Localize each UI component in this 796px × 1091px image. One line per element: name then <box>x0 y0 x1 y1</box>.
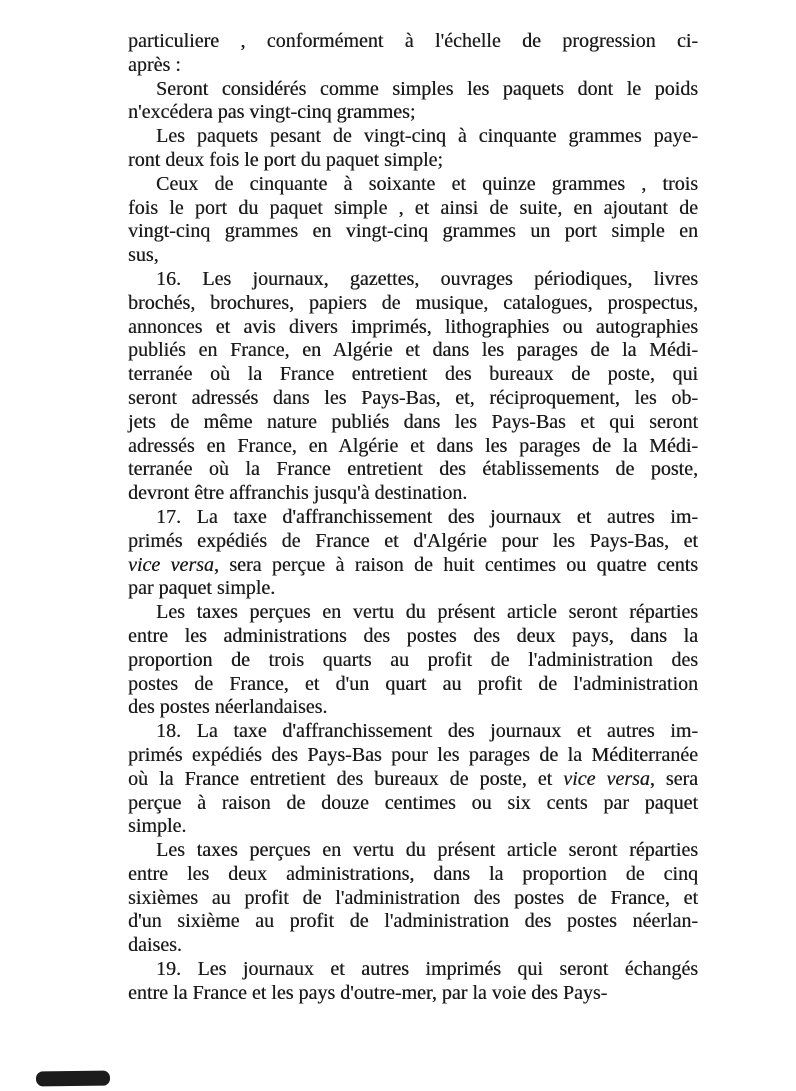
text-line: d'un sixième au profit de l'administrati… <box>128 910 698 934</box>
text-line: après : <box>128 54 698 78</box>
ink-smudge-artifact <box>36 1071 110 1087</box>
text-line: entre les deux administrations, dans la … <box>128 863 698 887</box>
paragraph: Seront considérés comme simples les paqu… <box>128 78 698 126</box>
scanned-document-page: particuliere , conformément à l'échelle … <box>0 0 796 1091</box>
paragraph: Les paquets pesant de vingt-cinq à cinqu… <box>128 125 698 173</box>
text-line: où la France entretient des bureaux de p… <box>128 768 698 792</box>
text-line: Les taxes perçues en vertu du présent ar… <box>128 839 698 863</box>
text-line: 18. La taxe d'affranchissement des journ… <box>128 720 698 744</box>
text-line: seront adressés dans les Pays-Bas, et, r… <box>128 387 698 411</box>
text-line: Seront considérés comme simples les paqu… <box>128 78 698 102</box>
text-line: devront être affranchis jusqu'à destinat… <box>128 482 698 506</box>
text-line: annonces et avis divers imprimés, lithog… <box>128 316 698 340</box>
text-line: entre la France et les pays d'outre-mer,… <box>128 982 698 1006</box>
text-line: adressés en France, en Algérie et dans l… <box>128 435 698 459</box>
paragraph: 16. Les journaux, gazettes, ouvrages pér… <box>128 268 698 506</box>
text-line: perçue à raison de douze centimes ou six… <box>128 792 698 816</box>
text-line: Les paquets pesant de vingt-cinq à cinqu… <box>128 125 698 149</box>
text-line: postes de France, et d'un quart au profi… <box>128 673 698 697</box>
text-line: proportion de trois quarts au profit de … <box>128 649 698 673</box>
text-line: n'excédera pas vingt-cinq grammes; <box>128 101 698 125</box>
text-line: brochés, brochures, papiers de musique, … <box>128 292 698 316</box>
text-line: ront deux fois le port du paquet simple; <box>128 149 698 173</box>
text-line: 17. La taxe d'affranchissement des journ… <box>128 506 698 530</box>
text-line: vingt-cinq grammes en vingt-cinq grammes… <box>128 220 698 244</box>
paragraph: particuliere , conformément à l'échelle … <box>128 30 698 78</box>
text-line: jets de même nature publiés dans les Pay… <box>128 411 698 435</box>
text-line: 16. Les journaux, gazettes, ouvrages pér… <box>128 268 698 292</box>
text-line: 19. Les journaux et autres imprimés qui … <box>128 958 698 982</box>
paragraph: Les taxes perçues en vertu du présent ar… <box>128 839 698 958</box>
text-line: Les taxes perçues en vertu du présent ar… <box>128 601 698 625</box>
text-line: simple. <box>128 815 698 839</box>
paragraph: Les taxes perçues en vertu du présent ar… <box>128 601 698 720</box>
text-line: sus, <box>128 244 698 268</box>
text-line: primés expédiés de France et d'Algérie p… <box>128 530 698 554</box>
text-line: particuliere , conformément à l'échelle … <box>128 30 698 54</box>
text-line: sixièmes au profit de l'administration d… <box>128 887 698 911</box>
text-line: publiés en France, en Algérie et dans le… <box>128 339 698 363</box>
text-line: terranée où la France entretient des éta… <box>128 458 698 482</box>
text-line: Ceux de cinquante à soixante et quinze g… <box>128 173 698 197</box>
paragraph: 18. La taxe d'affranchissement des journ… <box>128 720 698 839</box>
text-line: primés expédiés des Pays-Bas pour les pa… <box>128 744 698 768</box>
paragraph: 19. Les journaux et autres imprimés qui … <box>128 958 698 1006</box>
page-text-block: particuliere , conformément à l'échelle … <box>128 30 698 1006</box>
text-line: vice versa, sera perçue à raison de huit… <box>128 554 698 578</box>
text-line: par paquet simple. <box>128 577 698 601</box>
paragraph: 17. La taxe d'affranchissement des journ… <box>128 506 698 601</box>
text-line: terranée où la France entretient des bur… <box>128 363 698 387</box>
text-line: daises. <box>128 934 698 958</box>
text-line: entre les administrations des postes des… <box>128 625 698 649</box>
text-line: fois le port du paquet simple , et ainsi… <box>128 197 698 221</box>
text-line: des postes néerlandaises. <box>128 696 698 720</box>
paragraph: Ceux de cinquante à soixante et quinze g… <box>128 173 698 268</box>
